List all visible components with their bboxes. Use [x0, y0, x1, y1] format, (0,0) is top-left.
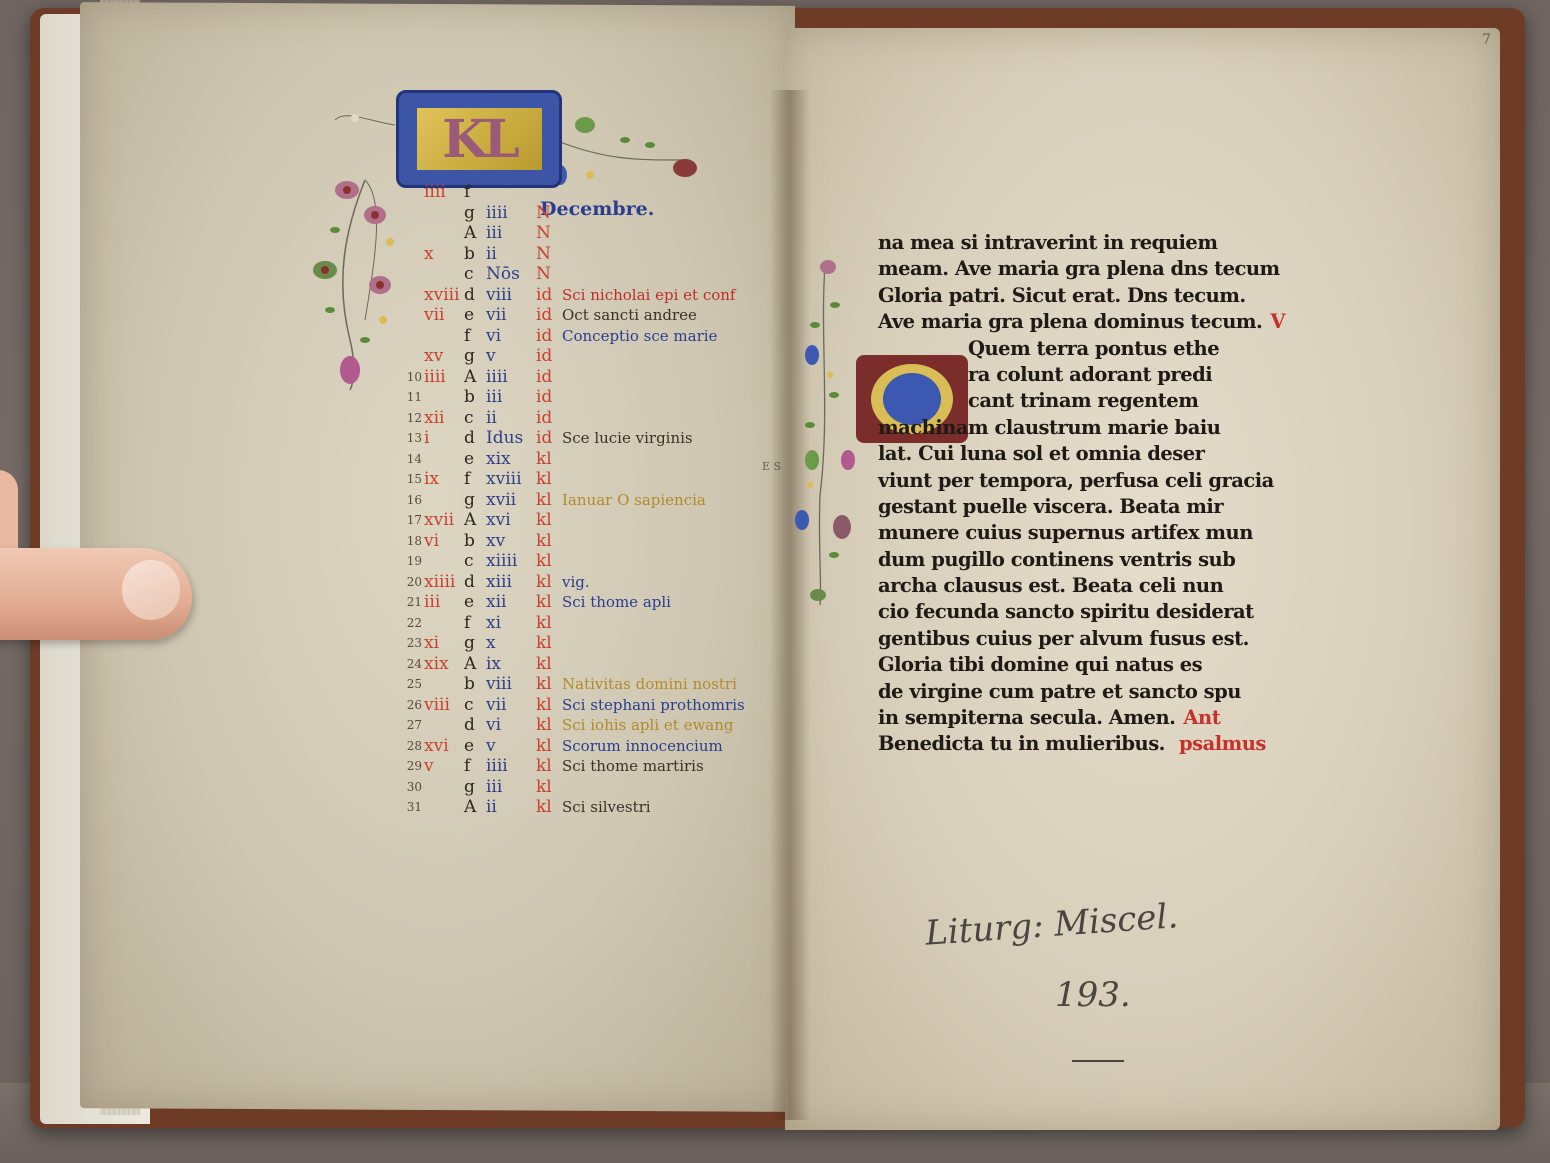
feast-name: Sci iohis apli et ewang — [562, 715, 734, 736]
nones-ides-kalends: id — [536, 346, 562, 367]
day-number: 26 — [388, 695, 424, 716]
roman-count: xix — [486, 449, 536, 470]
calendar-row: 15ixfxviiikl — [388, 469, 768, 490]
text-line-content: Quem terra pontus ethe — [968, 337, 1219, 360]
text-line-content: cio fecunda sancto spiritu desiderat — [878, 600, 1254, 623]
nones-ides-kalends — [536, 182, 562, 203]
roman-count: xv — [486, 531, 536, 552]
dominical-letter: e — [464, 449, 486, 470]
feast-name: Nativitas domini nostri — [562, 674, 737, 695]
day-number: 23 — [388, 633, 424, 654]
roman-count: xvi — [486, 510, 536, 531]
day-number: 10 — [388, 367, 424, 388]
nones-ides-kalends: kl — [536, 572, 562, 593]
antiphon-rubric: Ant — [1183, 706, 1220, 729]
calendar-row: 26viiicviiklSci stephani prothomris — [388, 695, 768, 716]
roman-count: iiii — [486, 756, 536, 777]
nones-ides-kalends: N — [536, 203, 562, 224]
calendar-row: 27dviklSci iohis apli et ewang — [388, 715, 768, 736]
dominical-letter: d — [464, 285, 486, 306]
hymn-text-block: na mea si intraverint in requiemmeam. Av… — [878, 230, 1218, 758]
day-number — [388, 326, 424, 347]
calendar-row: 10iiiiAiiiiid — [388, 367, 768, 388]
calendar-row: 21iiiexiiklSci thome apli — [388, 592, 768, 613]
text-line-content: meam. Ave maria gra plena dns tecum — [878, 257, 1280, 280]
roman-count: xiiii — [486, 551, 536, 572]
roman-count: iiii — [486, 367, 536, 388]
dominical-letter: d — [464, 428, 486, 449]
golden-number — [424, 326, 464, 347]
dominical-letter: A — [464, 510, 486, 531]
dominical-letter: b — [464, 244, 486, 265]
kl-initial-letters: KL — [417, 108, 542, 170]
feast-name: Sci nicholai epi et conf — [562, 285, 735, 306]
nones-ides-kalends: N — [536, 223, 562, 244]
dominical-letter: d — [464, 715, 486, 736]
calendar-row: 17xviiAxvikl — [388, 510, 768, 531]
text-line: dum pugillo continens ventris sub — [878, 547, 1218, 573]
day-number: 30 — [388, 777, 424, 798]
day-number: 19 — [388, 551, 424, 572]
nones-ides-kalends: id — [536, 367, 562, 388]
text-line: Gloria tibi domine qui natus es — [878, 652, 1218, 678]
nones-ides-kalends: kl — [536, 469, 562, 490]
day-number — [388, 346, 424, 367]
text-line: lat. Cui luna sol et omnia deser — [878, 441, 1218, 467]
golden-number — [424, 613, 464, 634]
dominical-letter: A — [464, 367, 486, 388]
dominical-letter: g — [464, 490, 486, 511]
text-line-content: Ave maria gra plena dominus tecum. — [878, 310, 1262, 333]
text-line-content: de virgine cum patre et sancto spu — [878, 680, 1241, 703]
dominical-letter: A — [464, 797, 486, 818]
calendar-row: xbiiN — [388, 244, 768, 265]
calendar-row: 16gxviiklIanuar O sapiencia — [388, 490, 768, 511]
roman-count: xviii — [486, 469, 536, 490]
day-number: 14 — [388, 449, 424, 470]
kl-illuminated-initial: KL — [396, 90, 562, 188]
nones-ides-kalends: kl — [536, 797, 562, 818]
text-line-content: lat. Cui luna sol et omnia deser — [878, 442, 1204, 465]
dominical-letter: b — [464, 531, 486, 552]
text-line: Quem terra pontus ethe — [878, 336, 1218, 362]
dominical-letter: A — [464, 654, 486, 675]
text-line: viunt per tempora, perfusa celi gracia — [878, 468, 1218, 494]
golden-number: ix — [424, 469, 464, 490]
shelfmark-underline — [1072, 1060, 1124, 1062]
nones-ides-kalends: id — [536, 428, 562, 449]
calendar-row: 29vfiiiiklSci thome martiris — [388, 756, 768, 777]
golden-number: xi — [424, 633, 464, 654]
floral-vine-decoration-icon — [790, 255, 860, 615]
calendar-row: 25bviiiklNativitas domini nostri — [388, 674, 768, 695]
dominical-letter: b — [464, 674, 486, 695]
golden-number: iii — [424, 592, 464, 613]
roman-count: ii — [486, 244, 536, 265]
golden-number: x — [424, 244, 464, 265]
nones-ides-kalends: id — [536, 326, 562, 347]
roman-count: iiii — [486, 203, 536, 224]
golden-number — [424, 551, 464, 572]
golden-number — [424, 797, 464, 818]
calendar-row: 14exixkl — [388, 449, 768, 470]
day-number: 27 — [388, 715, 424, 736]
dominical-letter: g — [464, 203, 486, 224]
day-number: 20 — [388, 572, 424, 593]
feast-name: Oct sancti andree — [562, 305, 697, 326]
text-line-content: in sempiterna secula. Amen. — [878, 706, 1175, 729]
text-line: Ave maria gra plena dominus tecum.V — [878, 309, 1218, 335]
roman-count — [486, 182, 536, 203]
text-line: in sempiterna secula. Amen.Ant — [878, 705, 1218, 731]
nones-ides-kalends: N — [536, 244, 562, 265]
nones-ides-kalends: id — [536, 305, 562, 326]
calendar-row: fviidConceptio sce marie — [388, 326, 768, 347]
dominical-letter: c — [464, 264, 486, 285]
psalm-rubric: psalmus — [1179, 732, 1266, 755]
day-number: 13 — [388, 428, 424, 449]
calendar-row: 11biiiid — [388, 387, 768, 408]
day-number: 22 — [388, 613, 424, 634]
calendar-row: 19cxiiiikl — [388, 551, 768, 572]
text-line-content: cant trinam regentem — [968, 389, 1198, 412]
day-number — [388, 285, 424, 306]
nones-ides-kalends: kl — [536, 695, 562, 716]
dominical-letter: A — [464, 223, 486, 244]
text-line: archa clausus est. Beata celi nun — [878, 573, 1218, 599]
golden-number: xvi — [424, 736, 464, 757]
text-line: na mea si intraverint in requiem — [878, 230, 1218, 256]
versicle-rubric: V — [1270, 310, 1285, 333]
photo-scene: KL Decembre. iiiifgiiiiNAiiiNxbiiNcNōsNx… — [0, 0, 1550, 1163]
day-number: 31 — [388, 797, 424, 818]
feast-name: Conceptio sce marie — [562, 326, 717, 347]
dominical-letter: g — [464, 777, 486, 798]
nones-ides-kalends: kl — [536, 613, 562, 634]
feast-name: Sci silvestri — [562, 797, 651, 818]
calendar-row: 13idIdusidSce lucie virginis — [388, 428, 768, 449]
day-number — [388, 244, 424, 265]
golden-number: xviii — [424, 285, 464, 306]
day-number: 16 — [388, 490, 424, 511]
roman-count: ii — [486, 408, 536, 429]
golden-number: xvii — [424, 510, 464, 531]
golden-number: xiiii — [424, 572, 464, 593]
text-line-content: Gloria patri. Sicut erat. Dns tecum. — [878, 284, 1246, 307]
day-number: 11 — [388, 387, 424, 408]
day-number: 24 — [388, 654, 424, 675]
roman-count: viii — [486, 674, 536, 695]
golden-number — [424, 490, 464, 511]
calendar-row: giiiiN — [388, 203, 768, 224]
golden-number — [424, 264, 464, 285]
feast-name: Ianuar O sapiencia — [562, 490, 706, 511]
dominical-letter: f — [464, 756, 486, 777]
feast-name: Sce lucie virginis — [562, 428, 693, 449]
nones-ides-kalends: kl — [536, 449, 562, 470]
text-line: cio fecunda sancto spiritu desiderat — [878, 599, 1218, 625]
roman-count: ix — [486, 654, 536, 675]
dominical-letter: e — [464, 592, 486, 613]
roman-count: xvii — [486, 490, 536, 511]
text-line-content: Gloria tibi domine qui natus es — [878, 653, 1202, 676]
nones-ides-kalends: id — [536, 387, 562, 408]
dominical-letter: c — [464, 695, 486, 716]
text-line: meam. Ave maria gra plena dns tecum — [878, 256, 1218, 282]
calendar-row: 31AiiklSci silvestri — [388, 797, 768, 818]
golden-number: iiii — [424, 367, 464, 388]
golden-number — [424, 203, 464, 224]
text-line: cant trinam regentem — [878, 388, 1218, 414]
text-line-content: archa clausus est. Beata celi nun — [878, 574, 1223, 597]
golden-number — [424, 674, 464, 695]
nones-ides-kalends: kl — [536, 531, 562, 552]
text-line-content: munere cuius supernus artifex mun — [878, 521, 1253, 544]
feast-name: vig. — [562, 572, 590, 593]
text-line-content: gestant puelle viscera. Beata mir — [878, 495, 1223, 518]
nones-ides-kalends: kl — [536, 654, 562, 675]
text-line: Benedicta tu in mulieribus.psalmus — [878, 731, 1218, 757]
roman-count: ii — [486, 797, 536, 818]
golden-number: iiii — [424, 182, 464, 203]
roman-count: vi — [486, 326, 536, 347]
text-line-content: ra colunt adorant predi — [968, 363, 1212, 386]
golden-number — [424, 715, 464, 736]
roman-count: xiii — [486, 572, 536, 593]
text-line-content: machinam claustrum marie baiu — [878, 416, 1220, 439]
golden-number: vii — [424, 305, 464, 326]
nones-ides-kalends: id — [536, 285, 562, 306]
roman-count: v — [486, 346, 536, 367]
golden-number: viii — [424, 695, 464, 716]
feast-name: Sci thome martiris — [562, 756, 704, 777]
nones-ides-kalends: kl — [536, 633, 562, 654]
calendar-row: xviiidviiiidSci nicholai epi et conf — [388, 285, 768, 306]
dominical-letter: f — [464, 469, 486, 490]
dominical-letter: g — [464, 633, 486, 654]
thumb-holding-page — [0, 548, 192, 640]
golden-number — [424, 777, 464, 798]
calendar-row: 28xvievklScorum innocencium — [388, 736, 768, 757]
dominical-letter: f — [464, 613, 486, 634]
day-number — [388, 182, 424, 203]
shelfmark-line2: 193. — [1055, 975, 1131, 1015]
dominical-letter: e — [464, 305, 486, 326]
calendar-row: 24xixAixkl — [388, 654, 768, 675]
calendar-row: 22fxikl — [388, 613, 768, 634]
dominical-letter: d — [464, 572, 486, 593]
feast-name: Sci thome apli — [562, 592, 671, 613]
roman-count: xi — [486, 613, 536, 634]
nones-ides-kalends: kl — [536, 674, 562, 695]
nones-ides-kalends: kl — [536, 490, 562, 511]
day-number: 18 — [388, 531, 424, 552]
roman-count: iii — [486, 223, 536, 244]
text-line-content: viunt per tempora, perfusa celi gracia — [878, 469, 1274, 492]
roman-count: vii — [486, 695, 536, 716]
golden-number: xix — [424, 654, 464, 675]
feast-name: Sci stephani prothomris — [562, 695, 745, 716]
golden-number: i — [424, 428, 464, 449]
roman-count: iii — [486, 777, 536, 798]
nones-ides-kalends: kl — [536, 777, 562, 798]
text-line-content: na mea si intraverint in requiem — [878, 231, 1217, 254]
golden-number: v — [424, 756, 464, 777]
golden-number: xii — [424, 408, 464, 429]
day-number — [388, 203, 424, 224]
text-line-content: Benedicta tu in mulieribus. — [878, 732, 1165, 755]
golden-number: xv — [424, 346, 464, 367]
day-number: 29 — [388, 756, 424, 777]
text-line: ra colunt adorant predi — [878, 362, 1218, 388]
text-line: de virgine cum patre et sancto spu — [878, 679, 1218, 705]
text-line: machinam claustrum marie baiu — [878, 415, 1218, 441]
dominical-letter: b — [464, 387, 486, 408]
day-number: 15 — [388, 469, 424, 490]
thumbnail-nail — [122, 560, 180, 620]
day-number: 21 — [388, 592, 424, 613]
roman-count: Nōs — [486, 264, 536, 285]
nones-ides-kalends: kl — [536, 715, 562, 736]
day-number: 12 — [388, 408, 424, 429]
day-number: 17 — [388, 510, 424, 531]
nones-ides-kalends: kl — [536, 736, 562, 757]
folio-number: 7 — [1482, 32, 1491, 48]
dominical-letter: c — [464, 551, 486, 572]
feast-name: Scorum innocencium — [562, 736, 723, 757]
text-line: gestant puelle viscera. Beata mir — [878, 494, 1218, 520]
roman-count: Idus — [486, 428, 536, 449]
golden-number — [424, 387, 464, 408]
text-line: gentibus cuius per alvum fusus est. — [878, 626, 1218, 652]
calendar-row: 18vibxvkl — [388, 531, 768, 552]
calendar-row: 30giiikl — [388, 777, 768, 798]
nones-ides-kalends: kl — [536, 756, 562, 777]
roman-count: vii — [486, 305, 536, 326]
calendar-row: 20xiiiidxiiiklvig. — [388, 572, 768, 593]
day-number: 28 — [388, 736, 424, 757]
calendar-table: iiiifgiiiiNAiiiNxbiiNcNōsNxviiidviiiidSc… — [388, 182, 768, 818]
day-number — [388, 305, 424, 326]
nones-ides-kalends: kl — [536, 551, 562, 572]
calendar-row: viieviiidOct sancti andree — [388, 305, 768, 326]
text-line: munere cuius supernus artifex mun — [878, 520, 1218, 546]
calendar-row: 12xiiciiid — [388, 408, 768, 429]
roman-count: v — [486, 736, 536, 757]
golden-number: vi — [424, 531, 464, 552]
day-number — [388, 223, 424, 244]
dominical-letter: f — [464, 182, 486, 203]
calendar-row: cNōsN — [388, 264, 768, 285]
text-line-content: dum pugillo continens ventris sub — [878, 548, 1235, 571]
dominical-letter: e — [464, 736, 486, 757]
calendar-row: xvgvid — [388, 346, 768, 367]
dominical-letter: f — [464, 326, 486, 347]
golden-number — [424, 223, 464, 244]
day-number — [388, 264, 424, 285]
text-line: Gloria patri. Sicut erat. Dns tecum. — [878, 283, 1218, 309]
dominical-letter: c — [464, 408, 486, 429]
golden-number — [424, 449, 464, 470]
calendar-row: 23xigxkl — [388, 633, 768, 654]
roman-count: iii — [486, 387, 536, 408]
nones-ides-kalends: kl — [536, 510, 562, 531]
day-number: 25 — [388, 674, 424, 695]
dominical-letter: g — [464, 346, 486, 367]
roman-count: xii — [486, 592, 536, 613]
calendar-row: AiiiN — [388, 223, 768, 244]
roman-count: viii — [486, 285, 536, 306]
text-line-content: gentibus cuius per alvum fusus est. — [878, 627, 1249, 650]
roman-count: vi — [486, 715, 536, 736]
nones-ides-kalends: N — [536, 264, 562, 285]
roman-count: x — [486, 633, 536, 654]
nones-ides-kalends: kl — [536, 592, 562, 613]
calendar-row: iiiif — [388, 182, 768, 203]
nones-ides-kalends: id — [536, 408, 562, 429]
